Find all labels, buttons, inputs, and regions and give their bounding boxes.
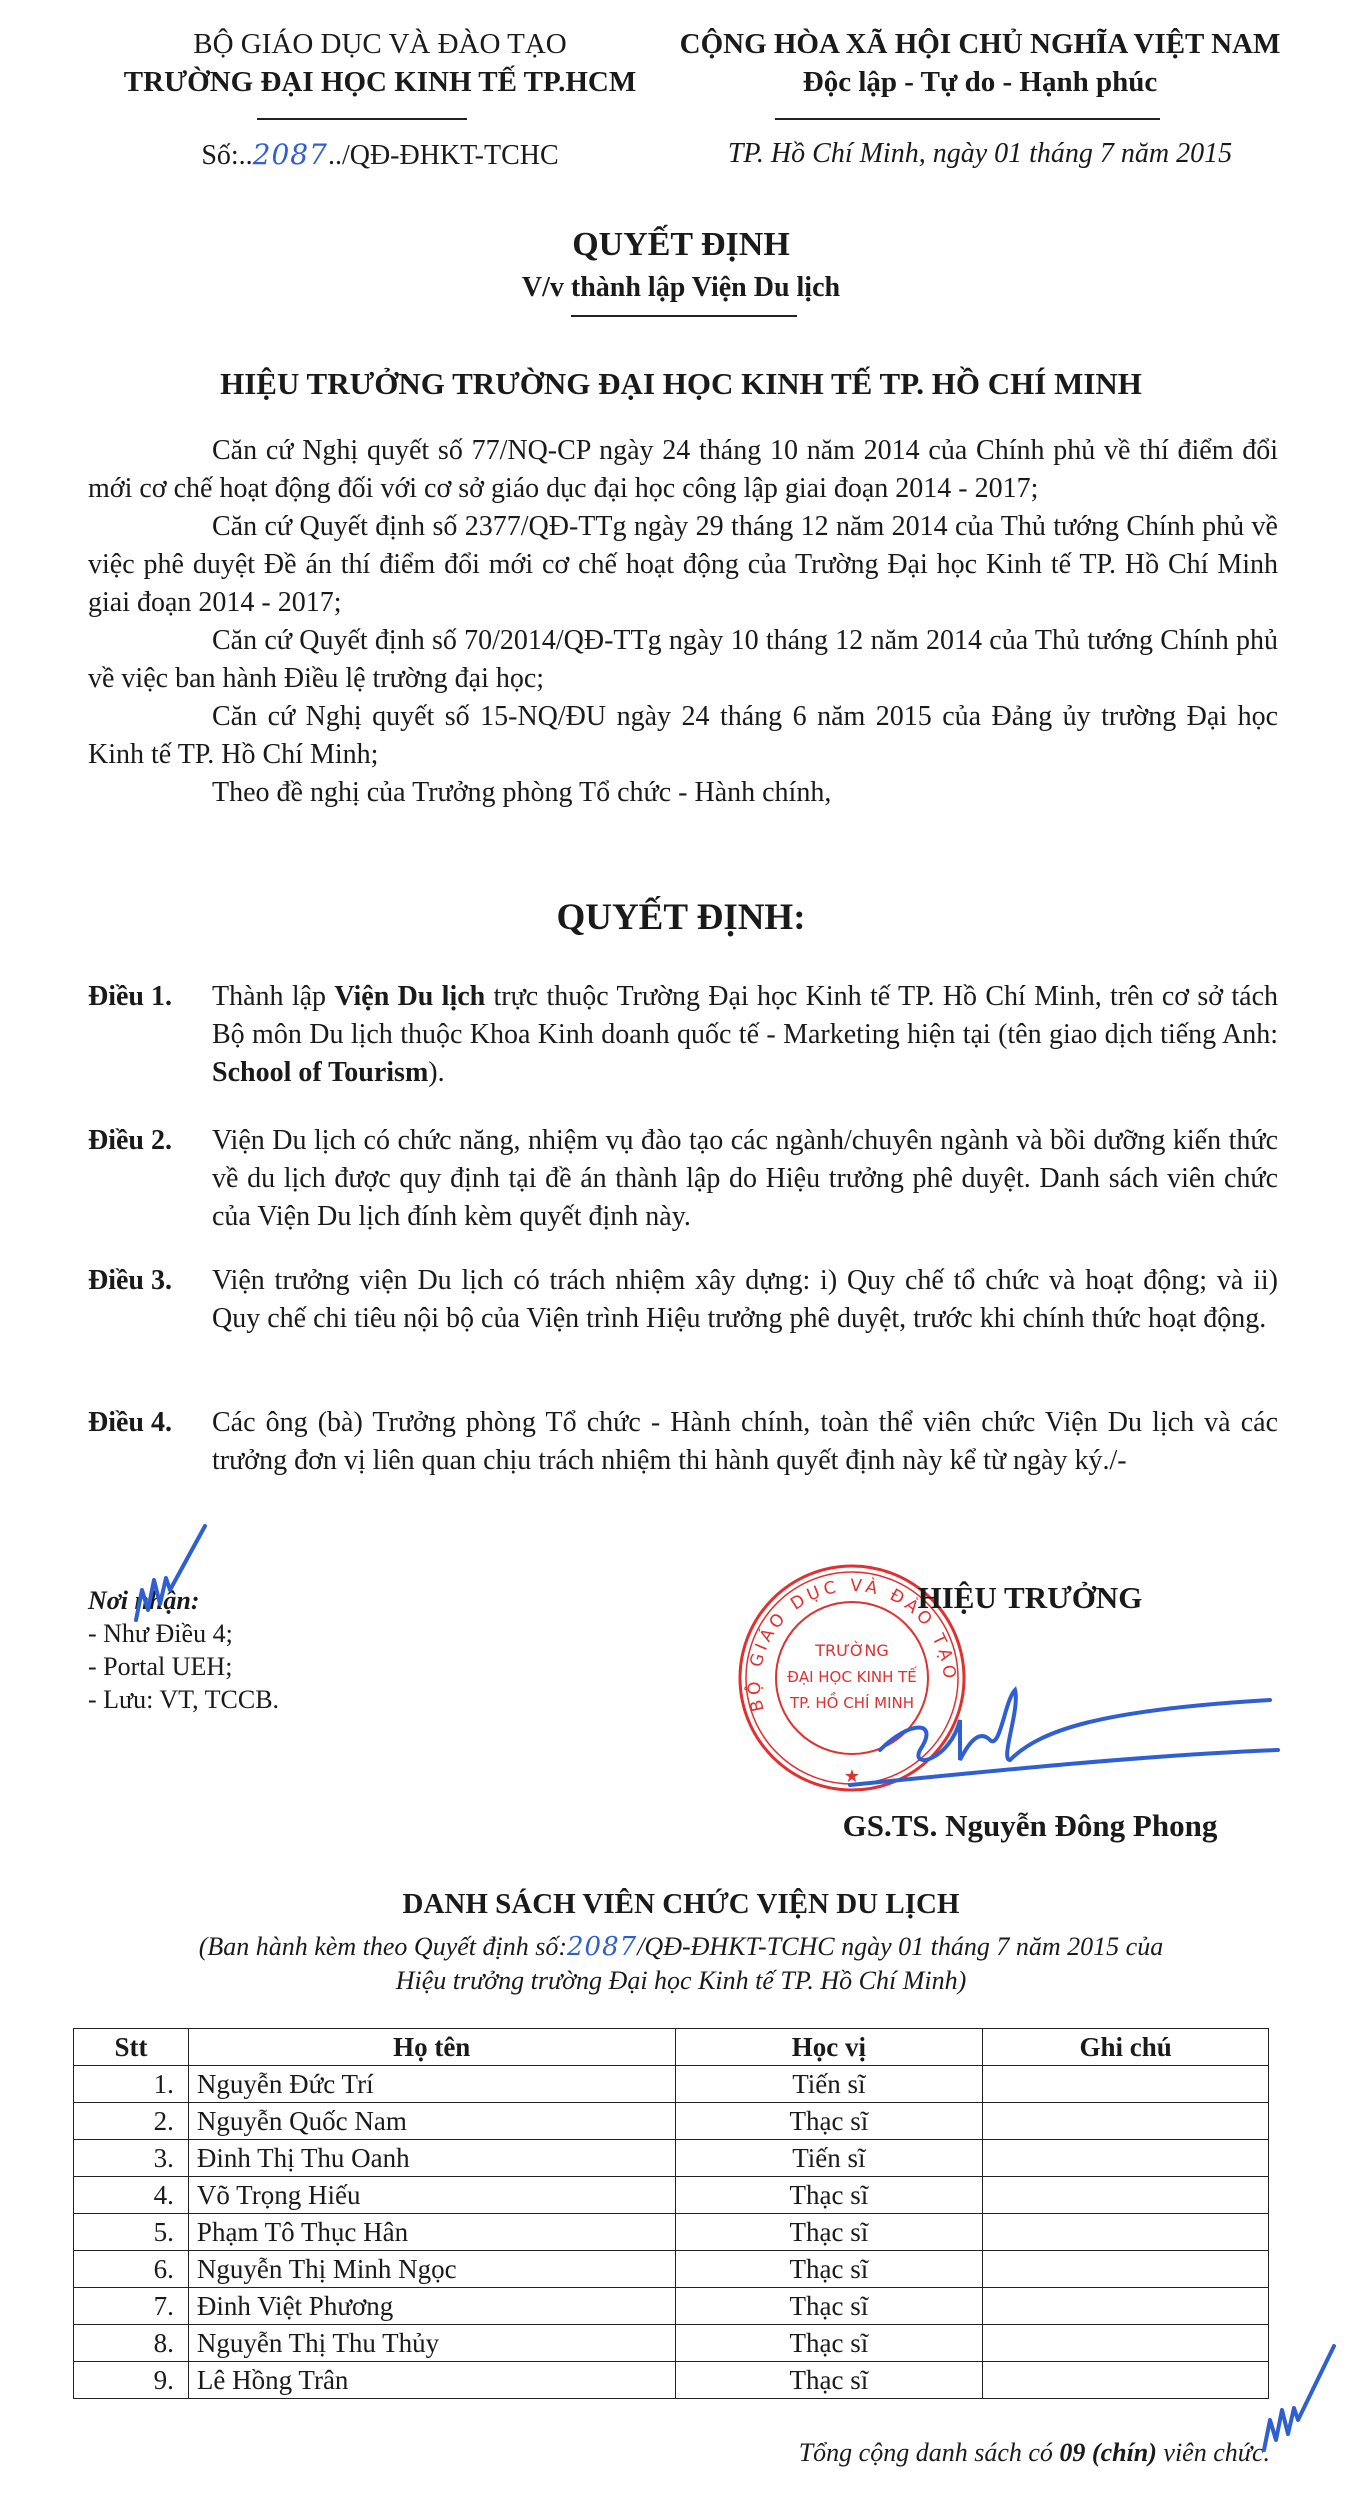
subject-underline [571, 315, 797, 317]
row-stt: 3. [74, 2140, 189, 2177]
header-right-underline [775, 118, 1160, 120]
total-count: Tổng cộng danh sách có 09 (chín) viên ch… [680, 2438, 1270, 2468]
table-row: 9.Lê Hồng TrânThạc sĩ [74, 2362, 1269, 2399]
article-3: Điều 3. Viện trưởng viện Du lịch có trác… [88, 1262, 1278, 1338]
row-stt: 1. [74, 2066, 189, 2103]
svg-text:TRƯỜNG: TRƯỜNG [814, 1641, 889, 1660]
national-motto: Độc lập - Tự do - Hạnh phúc [660, 66, 1300, 99]
staff-list-title: DANH SÁCH VIÊN CHỨC VIỆN DU LỊCH [0, 1888, 1362, 1921]
preamble-item: Căn cứ Nghị quyết số 15-NQ/ĐU ngày 24 th… [88, 698, 1278, 774]
row-name: Nguyễn Quốc Nam [188, 2103, 675, 2140]
table-row: 8.Nguyễn Thị Thu ThủyThạc sĩ [74, 2325, 1269, 2362]
row-stt: 8. [74, 2325, 189, 2362]
row-name: Nguyễn Thị Thu Thủy [188, 2325, 675, 2362]
table-header-row: Stt Họ tên Học vị Ghi chú [74, 2029, 1269, 2066]
article-content: Viện Du lịch có chức năng, nhiệm vụ đào … [212, 1122, 1278, 1236]
initials-mark-icon [1258, 2340, 1338, 2460]
signatory-name: GS.TS. Nguyễn Đông Phong [780, 1808, 1280, 1844]
article-label: Điều 2. [88, 1122, 172, 1160]
article-label: Điều 3. [88, 1262, 172, 1300]
row-note [983, 2103, 1269, 2140]
row-degree: Tiến sĩ [675, 2066, 983, 2103]
row-note [983, 2251, 1269, 2288]
article-content: Các ông (bà) Trưởng phòng Tổ chức - Hành… [212, 1404, 1278, 1480]
row-stt: 9. [74, 2362, 189, 2399]
university-name: TRƯỜNG ĐẠI HỌC KINH TẾ TP.HCM [100, 66, 660, 99]
column-header-note: Ghi chú [983, 2029, 1269, 2066]
row-note [983, 2362, 1269, 2399]
table-row: 5.Phạm Tô Thục HânThạc sĩ [74, 2214, 1269, 2251]
reference-number: Số:..2087../QĐ-ĐHKT-TCHC [100, 138, 660, 172]
row-note [983, 2066, 1269, 2103]
row-stt: 4. [74, 2177, 189, 2214]
row-degree: Thạc sĩ [675, 2177, 983, 2214]
row-name: Nguyễn Đức Trí [188, 2066, 675, 2103]
row-degree: Thạc sĩ [675, 2288, 983, 2325]
preamble-item: Theo đề nghị của Trưởng phòng Tổ chức - … [88, 774, 1278, 812]
decision-heading: QUYẾT ĐỊNH: [0, 896, 1362, 939]
row-name: Lê Hồng Trân [188, 2362, 675, 2399]
row-stt: 7. [74, 2288, 189, 2325]
signatory-title: HIỆU TRƯỞNG [800, 1580, 1260, 1616]
row-degree: Thạc sĩ [675, 2251, 983, 2288]
row-note [983, 2325, 1269, 2362]
row-stt: 2. [74, 2103, 189, 2140]
column-header-stt: Stt [74, 2029, 189, 2066]
table-row: 1.Nguyễn Đức TríTiến sĩ [74, 2066, 1269, 2103]
initials-mark-icon [130, 1520, 210, 1630]
article-4: Điều 4. Các ông (bà) Trưởng phòng Tổ chứ… [88, 1404, 1278, 1480]
article-2: Điều 2. Viện Du lịch có chức năng, nhiệm… [88, 1122, 1278, 1236]
document-title: QUYẾT ĐỊNH [0, 226, 1362, 264]
table-row: 3.Đinh Thị Thu OanhTiến sĩ [74, 2140, 1269, 2177]
row-name: Phạm Tô Thục Hân [188, 2214, 675, 2251]
staff-table: Stt Họ tên Học vị Ghi chú 1.Nguyễn Đức T… [73, 2028, 1269, 2399]
article-label: Điều 1. [88, 978, 172, 1016]
row-degree: Thạc sĩ [675, 2362, 983, 2399]
preamble: Căn cứ Nghị quyết số 77/NQ-CP ngày 24 th… [88, 432, 1278, 812]
table-row: 2.Nguyễn Quốc NamThạc sĩ [74, 2103, 1269, 2140]
recipient-item: - Portal UEH; [88, 1650, 279, 1683]
document-subject: V/v thành lập Viện Du lịch [0, 272, 1362, 304]
row-degree: Thạc sĩ [675, 2214, 983, 2251]
article-1: Điều 1. Thành lập Viện Du lịch trực thuộ… [88, 978, 1278, 1092]
preamble-item: Căn cứ Nghị quyết số 77/NQ-CP ngày 24 th… [88, 432, 1278, 508]
ref-prefix: Số:.. [201, 140, 252, 171]
republic-name: CỘNG HÒA XÃ HỘI CHỦ NGHĨA VIỆT NAM [660, 28, 1300, 61]
row-name: Đinh Thị Thu Oanh [188, 2140, 675, 2177]
row-degree: Thạc sĩ [675, 2325, 983, 2362]
issuing-authority: HIỆU TRƯỞNG TRƯỜNG ĐẠI HỌC KINH TẾ TP. H… [0, 366, 1362, 402]
handwritten-signature-icon [800, 1680, 1280, 1790]
table-row: 6.Nguyễn Thị Minh NgọcThạc sĩ [74, 2251, 1269, 2288]
row-note [983, 2288, 1269, 2325]
table-row: 7.Đinh Việt PhươngThạc sĩ [74, 2288, 1269, 2325]
row-note [983, 2214, 1269, 2251]
column-header-name: Họ tên [188, 2029, 675, 2066]
row-stt: 6. [74, 2251, 189, 2288]
ref-suffix: ../QĐ-ĐHKT-TCHC [328, 140, 559, 171]
row-note [983, 2140, 1269, 2177]
ref-number-handwritten: 2087 [253, 138, 328, 171]
ministry-name: BỘ GIÁO DỤC VÀ ĐÀO TẠO [100, 28, 660, 61]
header-left-underline [257, 118, 467, 120]
row-name: Nguyễn Thị Minh Ngọc [188, 2251, 675, 2288]
row-degree: Tiến sĩ [675, 2140, 983, 2177]
article-content: Thành lập Viện Du lịch trực thuộc Trường… [212, 978, 1278, 1092]
table-row: 4.Võ Trọng HiếuThạc sĩ [74, 2177, 1269, 2214]
preamble-item: Căn cứ Quyết định số 2377/QĐ-TTg ngày 29… [88, 508, 1278, 622]
place-date: TP. Hồ Chí Minh, ngày 01 tháng 7 năm 201… [660, 138, 1300, 170]
article-label: Điều 4. [88, 1404, 172, 1442]
row-name: Võ Trọng Hiếu [188, 2177, 675, 2214]
handwritten-number: 2087 [567, 1932, 637, 1962]
staff-list-subtitle: (Ban hành kèm theo Quyết định số:2087/QĐ… [0, 1930, 1362, 1997]
recipient-item: - Lưu: VT, TCCB. [88, 1683, 279, 1716]
row-stt: 5. [74, 2214, 189, 2251]
preamble-item: Căn cứ Quyết định số 70/2014/QĐ-TTg ngày… [88, 622, 1278, 698]
row-name: Đinh Việt Phương [188, 2288, 675, 2325]
column-header-degree: Học vị [675, 2029, 983, 2066]
row-degree: Thạc sĩ [675, 2103, 983, 2140]
article-content: Viện trưởng viện Du lịch có trách nhiệm … [212, 1262, 1278, 1338]
row-note [983, 2177, 1269, 2214]
